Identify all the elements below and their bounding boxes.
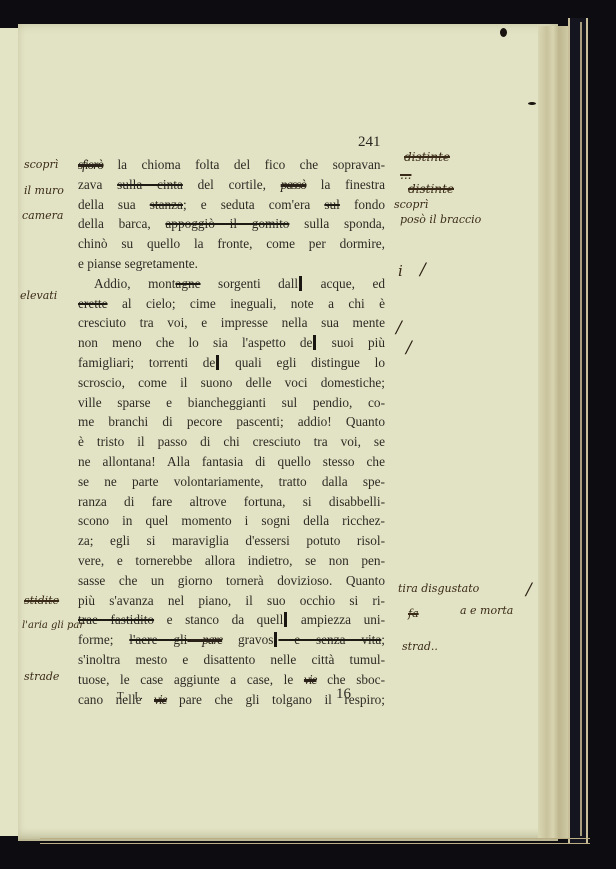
correction-bar — [216, 355, 219, 370]
text-line-12: scroscio, come il suono delle voci domes… — [78, 373, 385, 393]
text-line-5: chinò su quello la fronte, come per dorm… — [78, 234, 385, 254]
text-line-8: erette al cielo; cime ineguali, note a c… — [78, 294, 385, 314]
text-line-14: me branchi di pecore pascenti; addio! Qu… — [78, 412, 385, 432]
text-line-18: ranza di fare altrove fortuna, si disabb… — [78, 492, 385, 512]
text-line-22: sasse che un giorno tornerà dovizioso. Q… — [78, 571, 385, 591]
signature-mark: T. I. — [117, 690, 145, 702]
page-number: 241 — [358, 134, 381, 151]
margin-note-left: strade — [24, 670, 59, 683]
struck-word: vie — [154, 692, 167, 707]
margin-note-left: il muro — [24, 184, 64, 197]
margin-note-right: posò il braccio — [400, 213, 481, 226]
margin-note-left: stidite — [24, 594, 59, 607]
text-line-1: sfiorò la chioma folta del fico che sopr… — [78, 155, 385, 175]
text-line-13: ville sparse e biancheggianti sul pendio… — [78, 393, 385, 413]
text-line-3: della sua stanza; e seduta com'era sul f… — [78, 195, 385, 215]
text-line-24: trae fastidito e stanco da quell ampiezz… — [78, 610, 385, 630]
text-line-7: Addio, montagne sorgenti dall acque, ed — [78, 274, 385, 294]
insertion-mark: / — [406, 338, 412, 358]
text-line-4: della barca, appoggiò il gomito sulla sp… — [78, 214, 385, 234]
page-stack-edges — [538, 26, 568, 838]
struck-word: vie — [304, 672, 317, 687]
insertion-mark: / — [526, 580, 532, 600]
correction-bar — [299, 276, 302, 291]
margin-note-right: distinte — [404, 150, 450, 164]
text-line-6: e pianse segretamente. — [78, 254, 385, 274]
gathering-number: 16 — [336, 686, 351, 703]
margin-note-right: distinte — [408, 182, 454, 196]
margin-note-right: strad.. — [402, 640, 438, 653]
text-line-2: zava sulla cinta del cortile, passò la f… — [78, 175, 385, 195]
text-line-10: non meno che lo sia l'aspetto de suoi pi… — [78, 333, 385, 353]
printed-text: sfiorò la chioma folta del fico che sopr… — [78, 155, 385, 709]
ink-blot — [500, 28, 507, 37]
struck-word: sfiorò — [78, 157, 103, 172]
cover-bottom-edge — [40, 838, 590, 844]
correction-bar — [284, 612, 287, 627]
insertion-mark: / — [396, 318, 402, 338]
text-line-21: vere, e tornerebbe allora indietro, se n… — [78, 551, 385, 571]
struck-word: sulla cinta — [117, 177, 183, 192]
margin-note-right: a e morta — [460, 604, 513, 617]
struck-word: agne — [175, 276, 200, 291]
margin-note-left: l'aria gli par — [22, 620, 84, 631]
text-line-26: s'inoltra mesto e disattento nelle città… — [78, 650, 385, 670]
margin-note-right: tira disgustato — [398, 582, 479, 595]
struck-word: e senza vita — [278, 632, 381, 647]
struck-word: stanza — [150, 197, 183, 212]
margin-note-left: camera — [22, 209, 63, 222]
text-line-11: famigliari; torrenti de quali egli disti… — [78, 353, 385, 373]
text-line-17: se ne parte volontariamente, tratto dall… — [78, 472, 385, 492]
text-line-9: cresciuto tra voi, e impresse nella sua … — [78, 313, 385, 333]
text-line-19: scono in quel momento i sogni della ricc… — [78, 511, 385, 531]
margin-note-left: scoprì — [24, 158, 58, 171]
book-cover — [568, 18, 588, 844]
text-line-23: più s'avanza nel piano, il suo occhio si… — [78, 591, 385, 611]
margin-note-right: i — [398, 262, 403, 280]
struck-word: trae fastidito — [78, 612, 154, 627]
struck-word: sul — [324, 197, 340, 212]
text-line-16: ne allontana! Alla fantasia di quello st… — [78, 452, 385, 472]
margin-note-left: elevati — [20, 289, 57, 302]
text-line-15: è tristo il passo di chi cresciuto tra v… — [78, 432, 385, 452]
insertion-mark: / — [420, 260, 426, 280]
ink-dash — [528, 102, 536, 105]
facing-page-edge — [0, 28, 19, 836]
struck-word: l'aere gli — [129, 632, 187, 647]
struck-word: pare — [187, 632, 222, 647]
margin-note-right: fa — [408, 607, 419, 620]
struck-word: passò — [281, 177, 306, 192]
margin-note-right: ... — [400, 168, 411, 182]
text-line-25: forme; l'aere gli pare gravos e senza vi… — [78, 630, 385, 650]
struck-word: erette — [78, 296, 108, 311]
correction-bar — [274, 632, 277, 647]
margin-note-right: scoprì — [394, 198, 428, 211]
struck-word: appoggiò il gomito — [165, 216, 289, 231]
text-line-20: za; egli si maraviglia d'essersi potuto … — [78, 531, 385, 551]
